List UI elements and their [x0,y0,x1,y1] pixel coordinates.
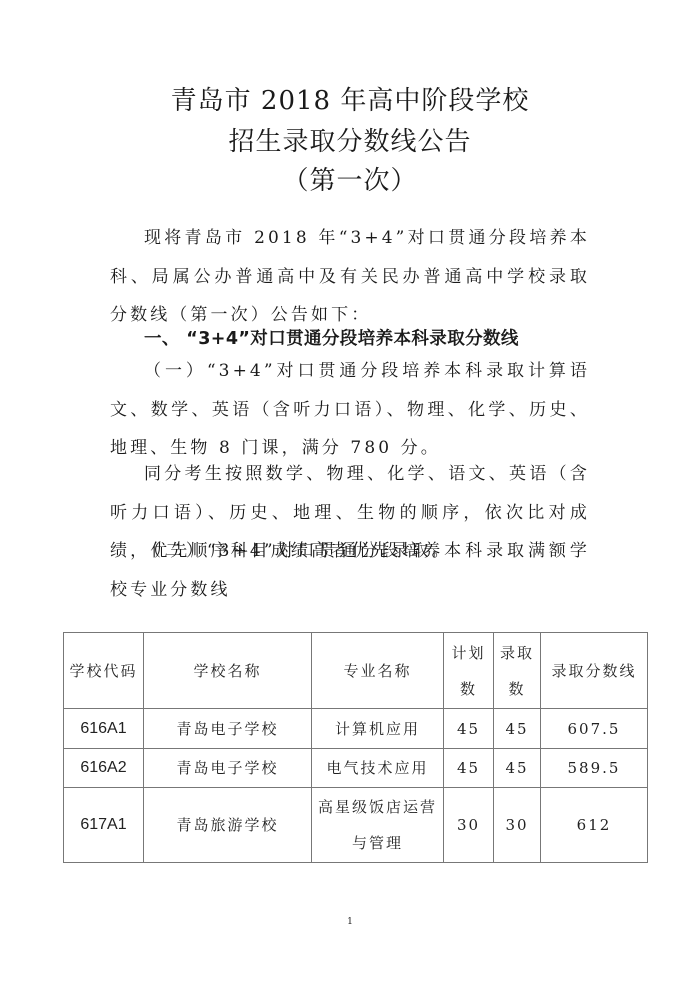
table-row: 617A1 青岛旅游学校 高星级饭店运营 与管理 30 30 612 [64,788,648,863]
cell-major-name: 计算机应用 [312,709,444,749]
cell-school-code: 617A1 [64,788,144,863]
header-cutoff-score: 录取分数线 [541,633,648,709]
document-title-line-1: 青岛市 2018 年高中阶段学校 [0,84,700,118]
admission-score-table: 学校代码 学校名称 专业名称 计划 数 录取 数 录取分数线 616A1 青岛电… [63,632,648,863]
header-admit-count-line1: 录取 [494,635,540,671]
subsection-1-paragraph: （一）“3+4”对口贯通分段培养本科录取计算语文、数学、英语（含听力口语）、物理… [110,352,590,468]
document-title-line-2: 招生录取分数线公告 [0,125,700,159]
cell-school-code: 616A2 [64,749,144,788]
cell-school-name: 青岛电子学校 [144,749,312,788]
cell-admit-count: 30 [494,788,541,863]
header-school-code: 学校代码 [64,633,144,709]
cell-major-name: 高星级饭店运营 与管理 [312,788,444,863]
header-school-name: 学校名称 [144,633,312,709]
section-1-heading: 一、 “3+4”对口贯通分段培养本科录取分数线 [144,326,519,352]
table-header-row: 学校代码 学校名称 专业名称 计划 数 录取 数 录取分数线 [64,633,648,709]
header-plan-count-line2: 数 [444,671,493,707]
header-plan-count: 计划 数 [444,633,494,709]
cell-major-name-line2: 与管理 [312,825,443,861]
page-number: 1 [0,917,700,927]
intro-paragraph: 现将青岛市 2018 年“3+4”对口贯通分段培养本科、局属公办普通高中及有关民… [110,219,590,335]
header-major-name: 专业名称 [312,633,444,709]
cell-admit-count: 45 [494,709,541,749]
header-admit-count-line2: 数 [494,671,540,707]
table-row: 616A2 青岛电子学校 电气技术应用 45 45 589.5 [64,749,648,788]
cell-cutoff-score: 607.5 [541,709,648,749]
cell-school-name: 青岛旅游学校 [144,788,312,863]
cell-cutoff-score: 589.5 [541,749,648,788]
cell-major-name: 电气技术应用 [312,749,444,788]
cell-plan-count: 45 [444,709,494,749]
cell-school-name: 青岛电子学校 [144,709,312,749]
cell-major-name-line1: 高星级饭店运营 [312,789,443,825]
subsection-2-paragraph: （二）“3+4”对口贯通分段培养本科录取满额学校专业分数线 [110,532,590,609]
cell-admit-count: 45 [494,749,541,788]
cell-plan-count: 30 [444,788,494,863]
cell-cutoff-score: 612 [541,788,648,863]
document-title-line-3: （第一次） [0,164,700,198]
header-admit-count: 录取 数 [494,633,541,709]
table-row: 616A1 青岛电子学校 计算机应用 45 45 607.5 [64,709,648,749]
header-plan-count-line1: 计划 [444,635,493,671]
cell-school-code: 616A1 [64,709,144,749]
cell-plan-count: 45 [444,749,494,788]
